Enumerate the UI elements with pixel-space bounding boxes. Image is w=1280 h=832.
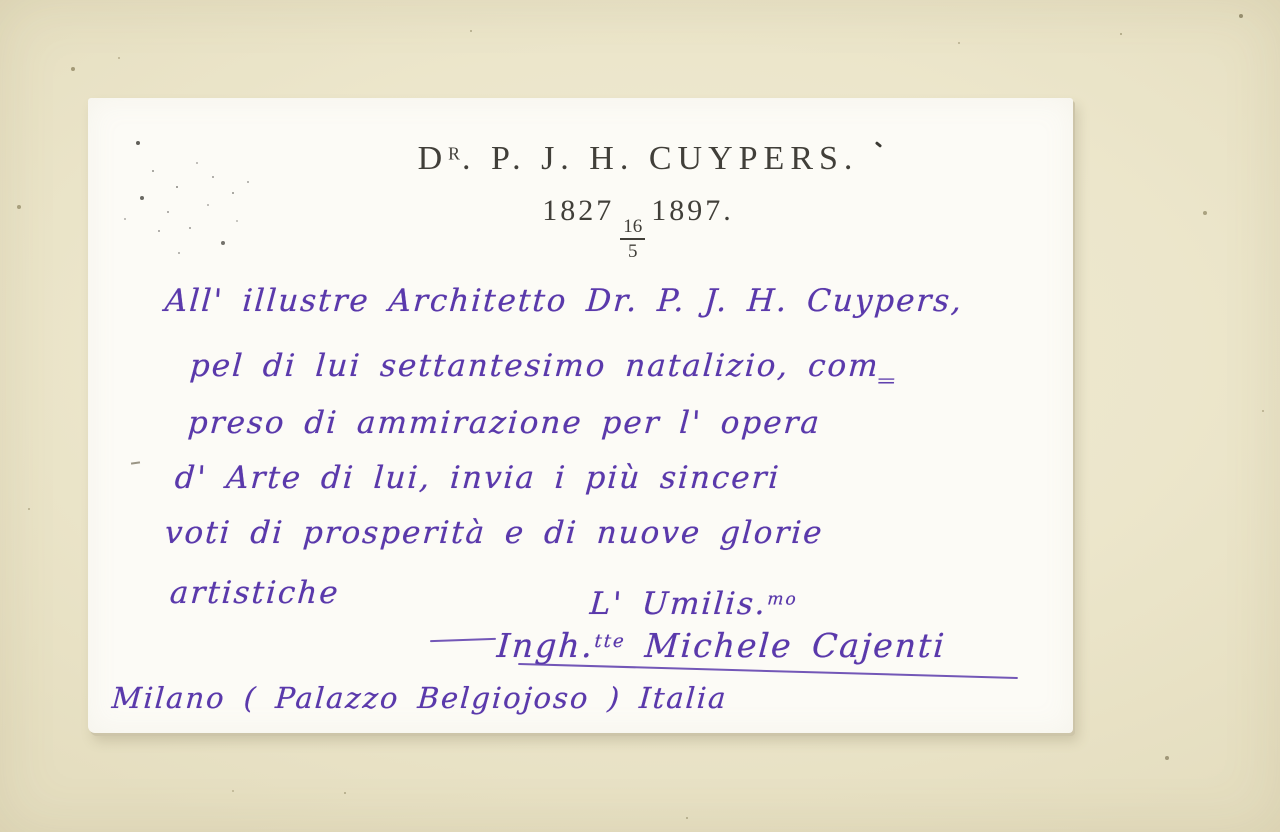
handwriting-address: Milano ( Palazzo Belgiojoso ) Italia: [111, 681, 729, 715]
signature-rest: Michele Cajenti: [624, 626, 947, 665]
handwriting-closing: L' Umilis.mo: [589, 586, 799, 622]
printed-header: DR. P. J. H. CUYPERS. 18271651897.: [328, 140, 948, 261]
date-year-right: 1897.: [651, 194, 734, 227]
signature-underline-flourish: [518, 663, 1018, 679]
signature-lead-flourish: [430, 638, 496, 642]
scanned-page: DR. P. J. H. CUYPERS. 18271651897. All' …: [0, 0, 1280, 832]
printed-name-rest: . P. J. H. CUYPERS.: [462, 140, 858, 177]
signature-start: Ingh.: [496, 626, 596, 665]
handwriting-line-4: d' Arte di lui, invia i più sinceri: [174, 460, 782, 496]
closing-superscript: mo: [767, 590, 799, 610]
printed-name-initial: D: [418, 140, 449, 177]
date-fraction-denominator: 5: [628, 240, 638, 261]
handwriting-line-6: artistiche: [169, 575, 341, 611]
printed-name-superscript: R: [448, 143, 462, 163]
handwriting-line-5: voti di prosperità e di nuove glorie: [164, 515, 825, 551]
paper-specks: [0, 0, 2, 2]
handwriting-line-3: preso di ammirazione per l' opera: [187, 405, 822, 441]
printed-name: DR. P. J. H. CUYPERS.: [328, 140, 948, 178]
date-fraction: 165: [620, 217, 645, 261]
handwriting-line-1: All' illustre Architetto Dr. P. J. H. Cu…: [164, 283, 965, 319]
date-fraction-numerator: 16: [620, 217, 645, 240]
ink-specks: [88, 98, 90, 100]
printed-date-line: 18271651897.: [328, 194, 948, 261]
closing-text: L' Umilis.: [589, 586, 769, 622]
greeting-card: DR. P. J. H. CUYPERS. 18271651897. All' …: [88, 98, 1073, 733]
handwriting-line-2: pel di lui settantesimo natalizio, com‗: [189, 348, 899, 384]
date-year-left: 1827: [542, 194, 614, 227]
signature-superscript: tte: [594, 631, 627, 652]
handwriting-signature: Ingh.tte Michele Cajenti: [496, 626, 948, 665]
